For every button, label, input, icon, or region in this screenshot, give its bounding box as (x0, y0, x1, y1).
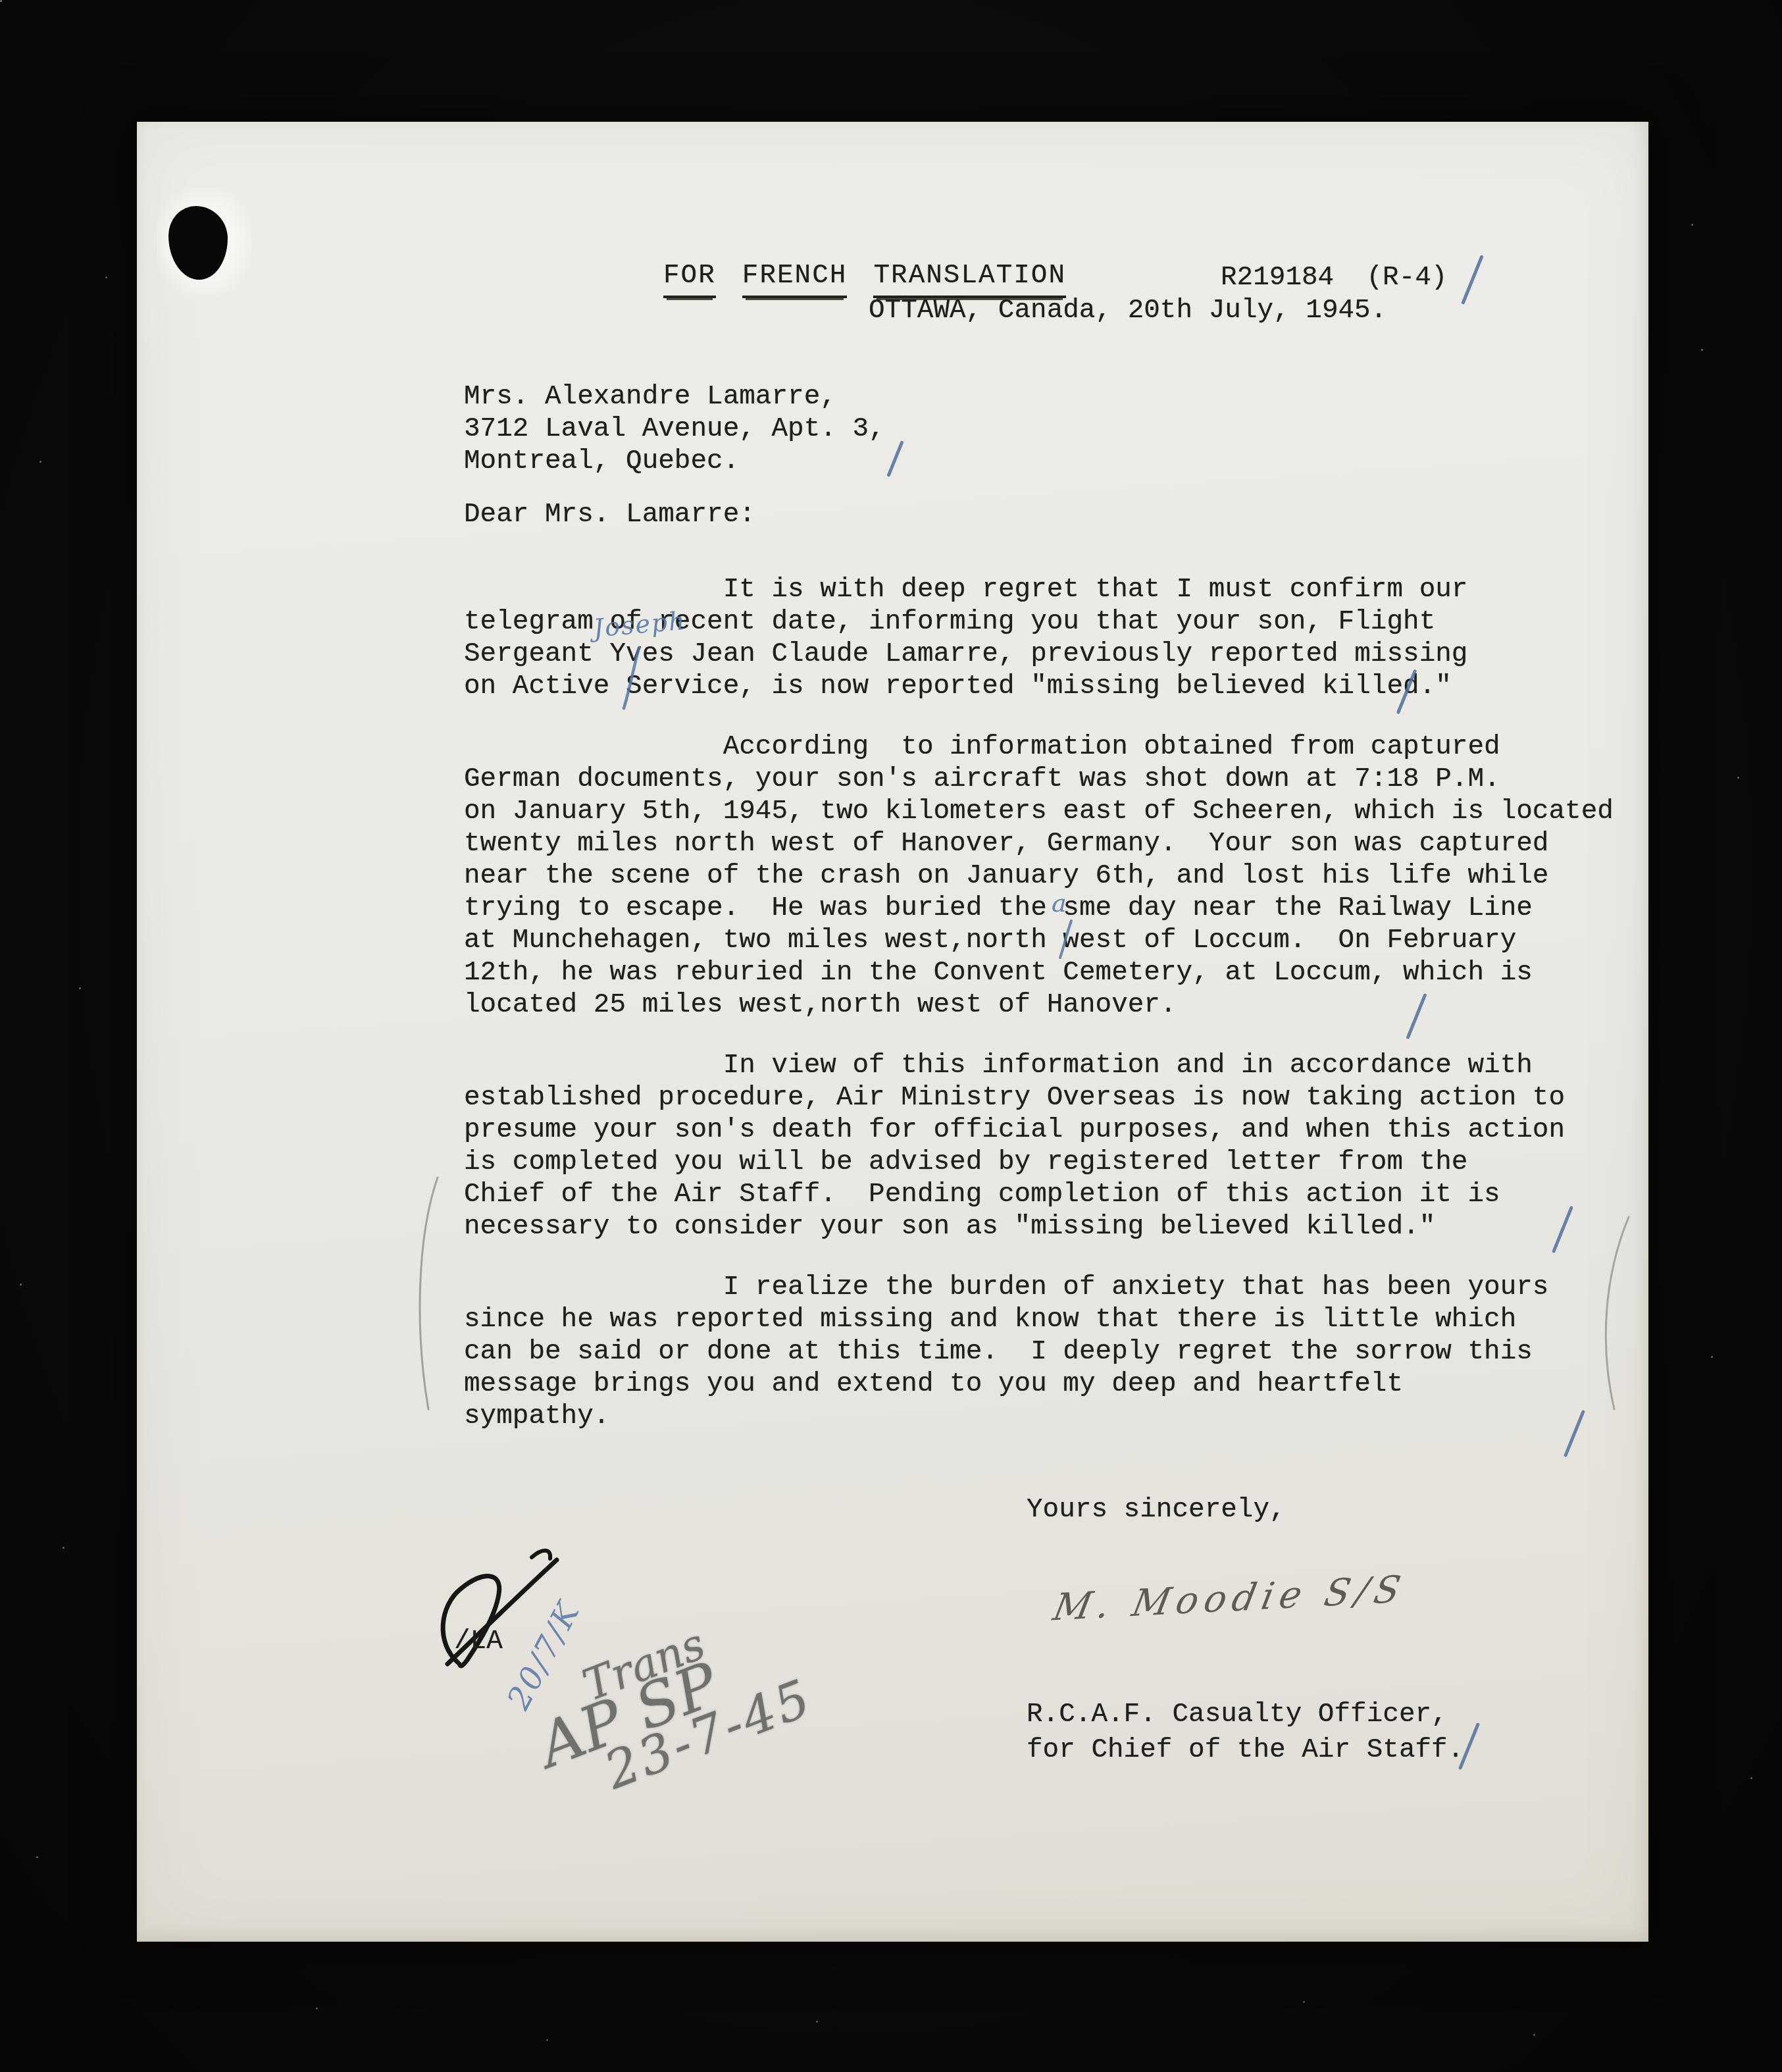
signature-title: R.C.A.F. Casualty Officer, for Chief of … (1027, 1697, 1464, 1768)
margin-pencil-line-right (1588, 1214, 1634, 1412)
insertion-caret (621, 645, 644, 711)
classification-heading: FOR FRENCH TRANSLATION (663, 260, 1066, 298)
typist-initials: /LA (454, 1626, 503, 1658)
paragraph-3: In view of this information and in accor… (464, 1050, 1565, 1243)
dateline: OTTAWA, Canada, 20th July, 1945. (869, 295, 1387, 327)
inserted-letter: a (1052, 889, 1067, 918)
dust-specks (0, 0, 2, 2)
recipient-address: Mrs. Alexandre Lamarre, 3712 Laval Avenu… (464, 381, 885, 478)
insertion-caret (1057, 919, 1075, 960)
check-mark (1564, 1410, 1585, 1457)
paragraph-2: According to information obtained from c… (464, 731, 1614, 1022)
photo-background: FOR FRENCH TRANSLATION R219184 (R-4) OTT… (0, 0, 1782, 2072)
classification-word: FOR (663, 260, 716, 298)
check-mark (886, 440, 904, 477)
salutation: Dear Mrs. Lamarre: (464, 499, 755, 531)
closing: Yours sincerely, (1027, 1494, 1286, 1526)
classification-word: TRANSLATION (873, 260, 1066, 298)
check-mark (1461, 255, 1484, 305)
file-number: R219184 (R-4) (1221, 262, 1447, 294)
classification-word: FRENCH (742, 260, 848, 298)
margin-pencil-line-left (410, 1175, 443, 1412)
signature: M. Moodie S/S (1050, 1568, 1410, 1630)
paragraph-4: I realize the burden of anxiety that has… (464, 1272, 1548, 1433)
letter-page: FOR FRENCH TRANSLATION R219184 (R-4) OTT… (137, 122, 1648, 1942)
